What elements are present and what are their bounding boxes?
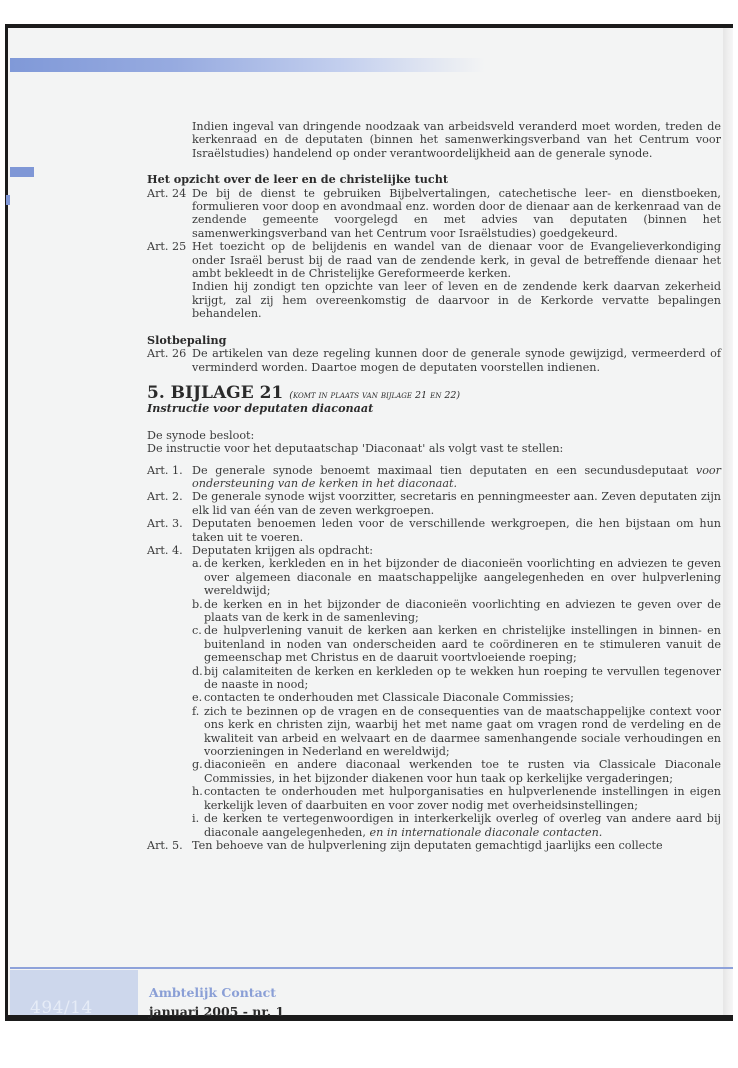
bijlage-article-5: Art. 5. Ten behoeve van de hulpverlening…	[147, 839, 721, 852]
list-item: e.contacten te onderhouden met Classical…	[192, 691, 721, 704]
article-label: Art. 3.	[147, 517, 192, 544]
section-heading-slotbepaling: Slotbepaling	[147, 334, 721, 347]
list-item: i.de kerken te vertegenwoordigen in inte…	[192, 812, 721, 839]
article-25: Art. 25 Het toezicht op de belijdenis en…	[147, 240, 721, 320]
article-label: Art. 4.	[147, 544, 192, 839]
article-text: De artikelen van deze regeling kunnen do…	[192, 347, 721, 374]
bijlage-article-2: Art. 2. De generale synode wijst voorzit…	[147, 490, 721, 517]
publication-title: Ambtelijk Contact	[149, 985, 276, 1000]
article-text: Indien hij zondigt ten opzichte van leer…	[192, 280, 721, 320]
document-body: Indien ingeval van dringende noodzaak va…	[147, 120, 721, 852]
list-item: a.de kerken, kerkleden en in het bijzond…	[192, 557, 721, 597]
page-number: 494/14	[30, 998, 93, 1018]
decision-line: De instructie voor het deputaatschap 'Di…	[147, 442, 721, 455]
page-right-edge	[723, 28, 733, 1018]
article-text: Deputaten benoemen leden voor de verschi…	[192, 517, 721, 543]
article-label: Art. 24	[147, 187, 192, 241]
margin-marker-small	[6, 195, 10, 205]
task-list: a.de kerken, kerkleden en in het bijzond…	[192, 557, 721, 839]
article-24: Art. 24 De bij de dienst te gebruiken Bi…	[147, 187, 721, 241]
bijlage-heading: 5. BIJLAGE 21(komt in plaats van bijlage…	[147, 387, 721, 402]
bijlage-note: (komt in plaats van bijlage 21 en 22)	[289, 390, 460, 401]
issue-date: januari 2005 - nr. 1	[149, 1004, 284, 1019]
list-item: d.bij calamiteiten de kerken en kerklede…	[192, 665, 721, 692]
header-accent-band	[10, 58, 485, 72]
article-text: Het toezicht op de belijdenis en wandel …	[192, 240, 721, 280]
article-label: Art. 25	[147, 240, 192, 320]
article-text: De generale synode wijst voorzitter, sec…	[192, 490, 721, 516]
article-label: Art. 1.	[147, 464, 192, 491]
article-label: Art. 26	[147, 347, 192, 374]
article-label: Art. 5.	[147, 839, 192, 852]
article-text: De generale synode benoemt maximaal tien…	[192, 464, 688, 477]
list-item: g.diaconieën en andere diaconaal werkend…	[192, 758, 721, 785]
bijlage-number: 5. BIJLAGE 21	[147, 383, 283, 403]
section-heading-toezicht: Het opzicht over de leer en de christeli…	[147, 173, 721, 186]
list-item: b.de kerken en in het bijzonder de diaco…	[192, 598, 721, 625]
article-26: Art. 26 De artikelen van deze regeling k…	[147, 347, 721, 374]
footer-divider	[10, 967, 733, 969]
page-bottom-border	[5, 1015, 733, 1021]
bijlage-subtitle: Instructie voor deputaten diaconaat	[147, 402, 721, 415]
article-text: Ten behoeve van de hulpverlening zijn de…	[192, 839, 663, 852]
list-item: h.contacten te onderhouden met hulporgan…	[192, 785, 721, 812]
decision-line: De synode besloot:	[147, 429, 721, 442]
margin-marker	[10, 167, 34, 177]
bijlage-article-3: Art. 3. Deputaten benoemen leden voor de…	[147, 517, 721, 544]
article-text: Deputaten krijgen als opdracht:	[192, 544, 721, 557]
article-label: Art. 2.	[147, 490, 192, 517]
bijlage-article-1: Art. 1. De generale synode benoemt maxim…	[147, 464, 721, 491]
article-text: De bij de dienst te gebruiken Bijbelvert…	[192, 187, 721, 241]
intro-paragraph: Indien ingeval van dringende noodzaak va…	[147, 120, 721, 160]
list-item: c.de hulpverlening vanuit de kerken aan …	[192, 624, 721, 664]
list-item: f.zich te bezinnen op de vragen en de co…	[192, 705, 721, 759]
bijlage-article-4: Art. 4. Deputaten krijgen als opdracht: …	[147, 544, 721, 839]
